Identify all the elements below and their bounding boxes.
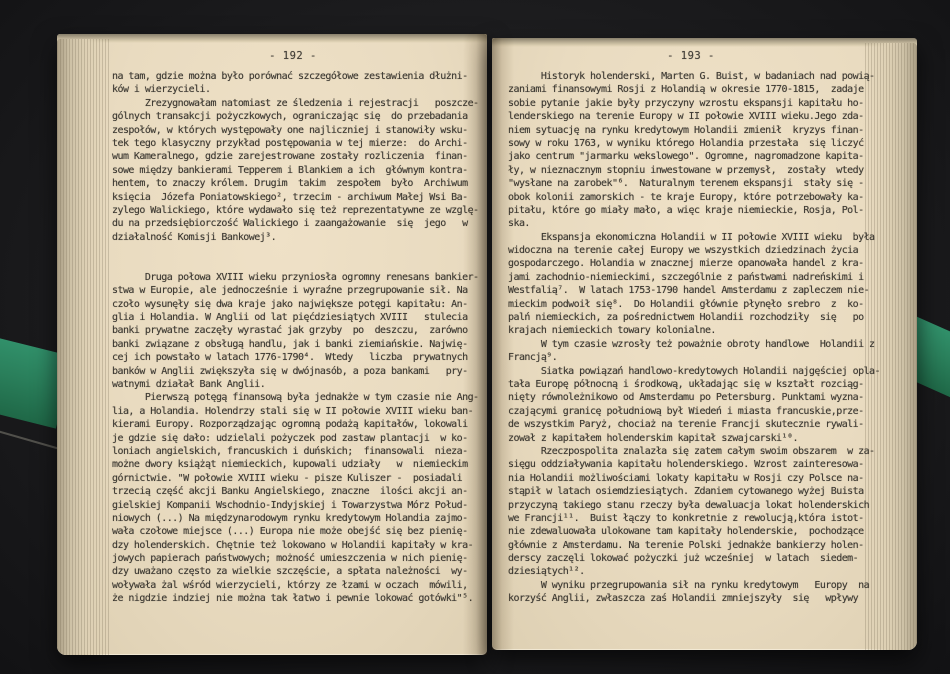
text-line: działalność Komisji Bankowej³. <box>112 231 479 244</box>
page-top-edge-right <box>492 38 917 47</box>
text-line: korzyść Anglii, zwłaszcza zaś Holandii z… <box>508 592 880 605</box>
text-line: nia Holandii możliwościami lokaty kapita… <box>508 472 880 485</box>
text-line: obok kolonii zamorskich - te kraje Europ… <box>508 191 880 204</box>
text-line: Ekspansja ekonomiczna Holandii w II poło… <box>508 231 880 244</box>
text-line: zaniami finansowymi Rosji z Holandią w o… <box>508 83 880 96</box>
page-number-left: - 192 - <box>112 50 474 62</box>
text-line: możne dwory książąt niemieckich, kupowal… <box>112 458 479 471</box>
text-line: dzy uważano często za wielkie szczęście,… <box>112 565 479 578</box>
page-edge-stack-left <box>57 39 109 655</box>
cover-edge-highlight <box>0 428 59 449</box>
scan-background: - 192 - na tam, gdzie można było porówna… <box>0 0 950 674</box>
text-line <box>112 244 479 257</box>
text-line: tała Europę północną i środkową, układaj… <box>508 378 880 391</box>
text-line: nięty równoleżnikowo od Amsterdamu po Pe… <box>508 391 880 404</box>
text-line: kierami Europy. Rozporządzając ogromną p… <box>112 418 479 431</box>
text-line: Francją⁹. <box>508 351 880 364</box>
text-line: W tym czasie wzrosły też poważnie obroty… <box>508 338 880 351</box>
text-line: sowy w roku 1763, w wyniku którego Holan… <box>508 137 880 150</box>
text-line: hentem, to znaczy królem. Drugim takim z… <box>112 177 479 190</box>
text-line: je gdzie się dało: udzielali pożyczek po… <box>112 432 479 445</box>
text-line: cej ich powstało w latach 1776-1790⁴. Wt… <box>112 351 479 364</box>
text-line: Pierwszą potęgą finansową była jednakże … <box>112 391 479 404</box>
text-line: derscy zaczęli lokować pożyczki już wcze… <box>508 552 880 565</box>
text-line: stwa w Europie, ale jednocześnie i wyraź… <box>112 284 479 297</box>
text-line: czoło wysunęły się dwa kraje jako najwię… <box>112 298 479 311</box>
text-line: loniach angielskich, francuskich i duńsk… <box>112 445 479 458</box>
text-line: woływała żal wśród wierzycieli, którzy z… <box>112 579 479 592</box>
text-line: jami zachodnio-niemieckimi, szczególnie … <box>508 271 880 284</box>
text-line: nie zdewaluowała ulokowane tam kapitały … <box>508 525 880 538</box>
text-line: ków i wierzycieli. <box>112 83 479 96</box>
text-line: watnymi działał Bank Anglii. <box>112 378 479 391</box>
text-line: W wyniku przegrupowania sił na rynku kre… <box>508 579 880 592</box>
text-line: ły, w nieznacznym stopniu inwestowane w … <box>508 164 880 177</box>
text-line: zował z kapitałem holenderskim kapitał s… <box>508 432 880 445</box>
text-line: sowe między bankierami Tepperem i Blanki… <box>112 164 479 177</box>
text-line: "wysłane na zarobek"⁶. Naturalnym terene… <box>508 177 880 190</box>
text-line: lia, a Holandia. Holendrzy stali się w I… <box>112 405 479 418</box>
text-line: gólnych transakcji pożyczkowych, ogranic… <box>112 110 479 123</box>
text-line: trzecią część akcji Banku Angielskiego, … <box>112 485 479 498</box>
text-line: jowych papierach państwowych; możność um… <box>112 552 479 565</box>
text-line: górnictwie. "W połowie XVIII wieku - pis… <box>112 472 479 485</box>
text-line: banków w Anglii zwiększyła się w dwójnas… <box>112 365 479 378</box>
text-line: dziesiątych¹². <box>508 565 880 578</box>
text-line: że nigdzie indziej nie można tak łatwo i… <box>112 592 479 605</box>
text-line: sięgu oddziaływania kapitału holenderski… <box>508 458 880 471</box>
text-line: gospodarczego. Holandia w znacznej mierz… <box>508 257 880 270</box>
right-page: - 193 - Historyk holenderski, Marten G. … <box>492 38 917 650</box>
text-line: głównie z Amsterdamu. Na terenie Polski … <box>508 539 880 552</box>
text-line: krajach niemieckich towary kolonialne. <box>508 324 880 337</box>
left-page: - 192 - na tam, gdzie można było porówna… <box>57 34 487 655</box>
text-line: de wszystkim Paryż, chociaż na terenie F… <box>508 418 880 431</box>
text-line: dzy holenderskich. Chętnie też lokowano … <box>112 539 479 552</box>
text-line: sobie pytanie jakie były przyczyny wzros… <box>508 97 880 110</box>
text-line: niem sytuację na rynku kredytowym Holand… <box>508 124 880 137</box>
text-line: banki prywatne zaczęły wyrastać jak grzy… <box>112 324 479 337</box>
text-line: przyczyną takiego stanu rzeczy była dewa… <box>508 499 880 512</box>
page-top-edge-left <box>57 34 487 43</box>
text-line: księcia Józefa Poniatowskiego², trzecim … <box>112 191 479 204</box>
text-line: niowych (...) Na międzynarodowym rynku k… <box>112 512 479 525</box>
text-line: wum Kameralnego, gdzie zarejestrowane zo… <box>112 150 479 163</box>
text-line: zespołów, w których występowały one najl… <box>112 124 479 137</box>
page-number-right: - 193 - <box>508 50 874 62</box>
text-line: jako centrum "jarmarku wekslowego". Ogro… <box>508 150 880 163</box>
text-line: czającymi granicę południową był Wiedeń … <box>508 405 880 418</box>
page-text-right: Historyk holenderski, Marten G. Buist, w… <box>508 70 880 606</box>
text-line: zylego Walickiego, które wydawało się te… <box>112 204 479 217</box>
text-line: ska. <box>508 217 880 230</box>
text-line: Rzeczpospolita znalazła się zatem całym … <box>508 445 880 458</box>
text-line: banki związane z obsługą handlu, jak i b… <box>112 338 479 351</box>
text-line: Siatka powiązań handlowo-kredytowych Hol… <box>508 365 880 378</box>
text-line <box>112 257 479 270</box>
text-line: mieckim podwoił się⁸. Do Holandii główni… <box>508 298 880 311</box>
text-line: widoczna na terenie całej Europy we wszy… <box>508 244 880 257</box>
text-line: na tam, gdzie można było porównać szczeg… <box>112 70 479 83</box>
text-line: stąpił w latach osiemdziesiątych. Zdanie… <box>508 485 880 498</box>
page-text-left: na tam, gdzie można było porównać szczeg… <box>112 70 479 606</box>
text-line: we Francji¹¹. Buist łączy to konkretnie … <box>508 512 880 525</box>
text-line: wała czołowe miejsce (...) Europa nie mo… <box>112 525 479 538</box>
text-line: Zrezygnowałam natomiast ze śledzenia i r… <box>112 97 479 110</box>
text-line: palń niemieckich, za pośrednictwem Holan… <box>508 311 880 324</box>
text-line: Druga połowa XVIII wieku przyniosła ogro… <box>112 271 479 284</box>
text-line: pitału, które go miały mało, a więc kraj… <box>508 204 880 217</box>
text-line: tek tego klasyczny przykład postępowania… <box>112 137 479 150</box>
text-line: du na przedsiębiorczość Walickiego i zaa… <box>112 217 479 230</box>
text-line: glia i Holandia. W Anglii od lat pięćdzi… <box>112 311 479 324</box>
text-line: Historyk holenderski, Marten G. Buist, w… <box>508 70 880 83</box>
text-line: lenderskiego na terenie Europy w II poło… <box>508 110 880 123</box>
text-line: gielskiej Kompanii Wschodnio-Indyjskiej … <box>112 499 479 512</box>
text-line: Westfalią⁷. W latach 1753-1790 handel Am… <box>508 284 880 297</box>
